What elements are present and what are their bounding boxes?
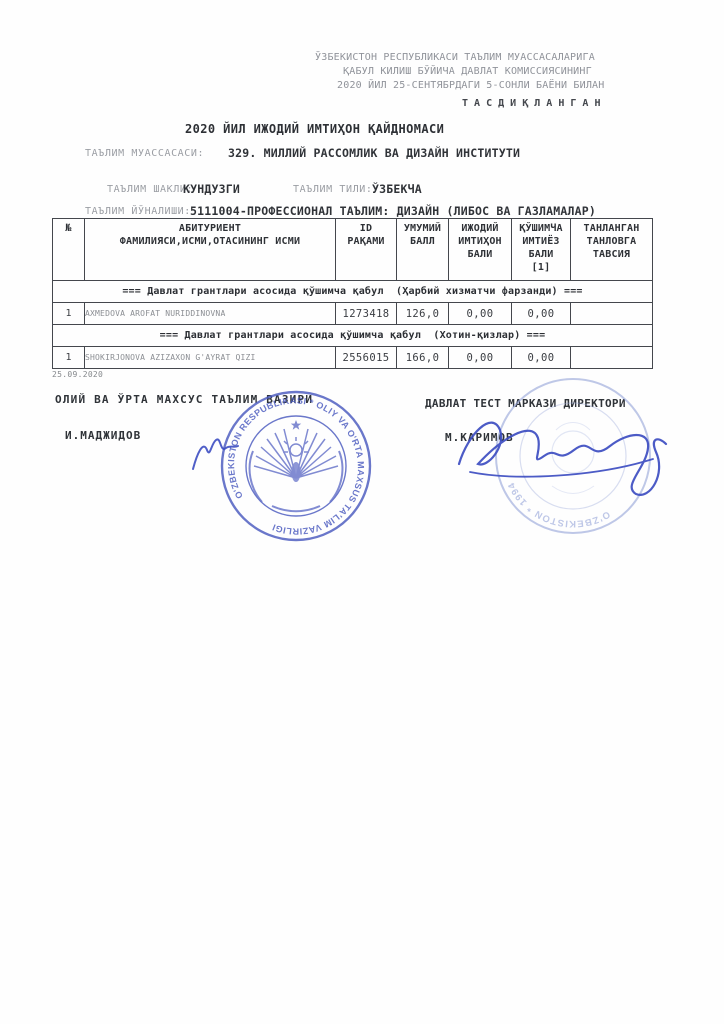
cell-id: 1273418 [336,303,397,325]
section-title: === Давлат грантлари асосида қўшимча қаб… [53,281,653,303]
svg-text:O'ZBEKISTON * 1994: O'ZBEKISTON * 1994 [506,480,612,529]
table-row: 1 SHOKIRJONOVA AZIZAXON G'AYRAT QIZI 255… [53,347,653,369]
cell-recommendation [571,347,653,369]
col-header-number: № [53,219,85,281]
col-header-total-score: УМУМИЙ БАЛЛ [397,219,449,281]
approved-label: Т А С Д И Қ Л А Н Г А Н [462,98,600,109]
col-header-recommendation: ТАНЛАНГАН ТАНЛОВГА ТАВСИЯ [571,219,653,281]
minister-name: И.МАДЖИДОВ [65,429,141,442]
test-center-stamp-ring-text: O'ZBEKISTON * 1994 [506,480,612,529]
letterhead-line-2: ҚАБУЛ КИЛИШ БЎЙИЧА ДАВЛАТ КОМИССИЯСИНИНГ [343,66,592,77]
results-table: № АБИТУРИЕНТ ФАМИЛИЯСИ,ИСМИ,ОТАСИНИНГ ИС… [52,218,653,369]
table-header-row: № АБИТУРИЕНТ ФАМИЛИЯСИ,ИСМИ,ОТАСИНИНГ ИС… [53,219,653,281]
education-form-label: ТАЪЛИМ ШАКЛИ: [107,184,193,195]
letterhead-line-1: ЎЗБЕКИСТОН РЕСПУБЛИКАСИ ТАЪЛИМ МУАССАСАЛ… [315,52,595,63]
cell-total: 166,0 [397,347,449,369]
test-center-director-name: М.КАРИМОВ [445,431,514,444]
cell-name: AXMEDOVA AROFAT NURIDDINOVNA [85,303,336,325]
col-header-id: ID РАҚАМИ [336,219,397,281]
cell-bonus: 0,00 [512,303,571,325]
uzbekistan-emblem-icon [250,420,343,511]
education-form-value: КУНДУЗГИ [183,182,240,196]
minister-signature [193,439,238,469]
cell-recommendation [571,303,653,325]
cell-name: SHOKIRJONOVA AZIZAXON G'AYRAT QIZI [85,347,336,369]
cell-number: 1 [53,303,85,325]
test-center-director-title: ДАВЛАТ ТЕСТ МАРКАЗИ ДИРЕКТОРИ [425,397,626,410]
cell-number: 1 [53,347,85,369]
scanned-document-page: ЎЗБЕКИСТОН РЕСПУБЛИКАСИ ТАЪЛИМ МУАССАСАЛ… [0,0,724,1024]
minister-title: ОЛИЙ ВА ЎРТА МАХСУС ТАЪЛИМ ВАЗИРИ [55,393,313,406]
direction-value: 5111004-ПРОФЕССИОНАЛ ТАЪЛИМ: ДИЗАЙН (ЛИБ… [190,204,596,218]
language-label: ТАЪЛИМ ТИЛИ: [293,184,372,195]
cell-id: 2556015 [336,347,397,369]
col-header-exam-score: ИЖОДИЙ ИМТИҲОН БАЛИ [449,219,512,281]
svg-text:O'ZBEKISTON RESPUBLIKASI * OLI: O'ZBEKISTON RESPUBLIKASI * OLIY VA O'RTA… [226,395,366,536]
page-title: 2020 ЙИЛ ИЖОДИЙ ИМТИҲОН ҚАЙДНОМАСИ [185,122,444,136]
col-header-bonus-score: ҚЎШИМЧА ИМТИЁЗ БАЛИ [1] [512,219,571,281]
direction-label: ТАЪЛИМ ЙЎНАЛИШИ: [85,206,191,217]
col-header-name: АБИТУРИЕНТ ФАМИЛИЯСИ,ИСМИ,ОТАСИНИНГ ИСМИ [85,219,336,281]
cell-exam: 0,00 [449,347,512,369]
letterhead-line-3: 2020 ЙИЛ 25-СЕНТЯБРДАГИ 5-СОНЛИ БАЁНИ БИ… [337,80,604,91]
ministry-stamp-ring-text: O'ZBEKISTON RESPUBLIKASI * OLIY VA O'RTA… [226,395,366,536]
cell-total: 126,0 [397,303,449,325]
section-title: === Давлат грантлари асосида қўшимча қаб… [53,325,653,347]
table-row: 1 AXMEDOVA AROFAT NURIDDINOVNA 1273418 1… [53,303,653,325]
section-header-row: === Давлат грантлари асосида қўшимча қаб… [53,281,653,303]
cell-exam: 0,00 [449,303,512,325]
institution-value: 329. МИЛЛИЙ РАССОМЛИК ВА ДИЗАЙН ИНСТИТУТ… [228,146,520,160]
cell-bonus: 0,00 [512,347,571,369]
language-value: ЎЗБЕКЧА [372,182,422,196]
ministry-stamp: O'ZBEKISTON RESPUBLIKASI * OLIY VA O'RTA… [222,392,370,540]
institution-label: ТАЪЛИМ МУАССАСАСИ: [85,148,204,159]
section-header-row: === Давлат грантлари асосида қўшимча қаб… [53,325,653,347]
protocol-date: 25.09.2020 [52,370,103,379]
